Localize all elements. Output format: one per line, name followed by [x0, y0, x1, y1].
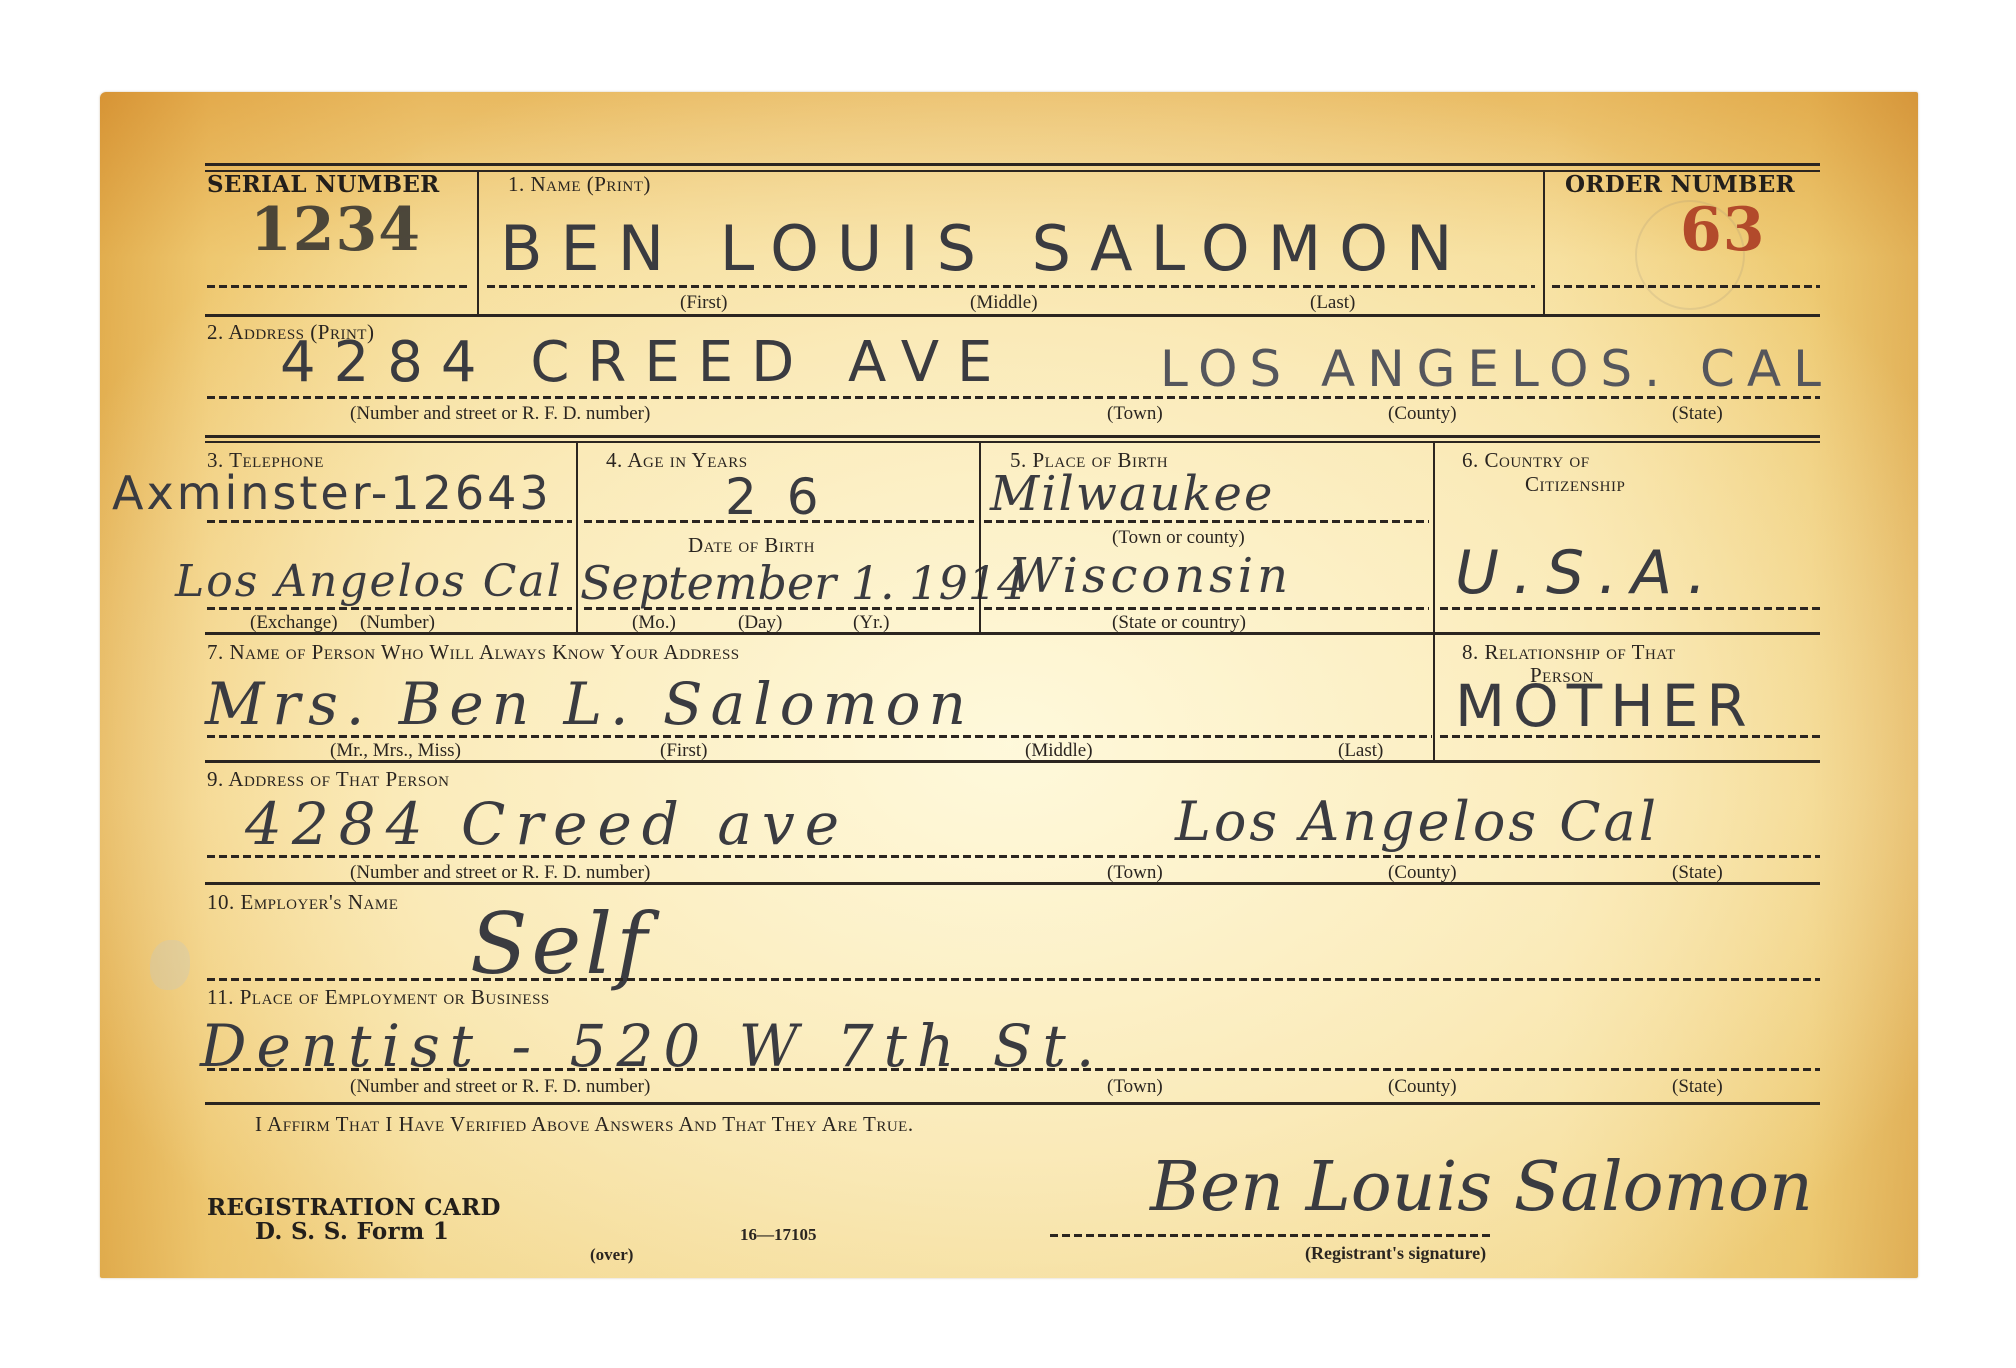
row5-bottom-rule [205, 882, 1820, 885]
employment-place-label: 11. Place of Employment or Business [207, 985, 550, 1010]
employment-caption-street: (Number and street or R. F. D. number) [350, 1076, 650, 1098]
telephone-caption-number: (Number) [360, 612, 435, 634]
citizenship-value: U.S.A. [1455, 538, 1720, 608]
form-name: REGISTRATION CARD [207, 1194, 501, 1221]
contact-address-dash-line [207, 855, 1820, 858]
telephone-divider [576, 443, 578, 633]
age-dash-line [584, 520, 974, 523]
order-number-label: ORDER NUMBER [1565, 171, 1795, 198]
address-dash-line [207, 396, 1820, 399]
order-dash-line [1552, 285, 1820, 288]
form-id: D. S. S. Form 1 [255, 1218, 449, 1245]
address-town-value: LOS ANGELOS. CAL [1160, 340, 1833, 398]
row3-bottom-rule [205, 632, 1820, 635]
order-divider [1543, 170, 1545, 315]
over-label: (over) [590, 1245, 633, 1265]
contact-caption-last: (Last) [1338, 740, 1383, 762]
birthplace-dash-line-1 [984, 520, 1429, 523]
contact-address-town-value: Los Angelos Cal [1175, 790, 1659, 853]
order-number-value: 63 [1680, 195, 1766, 265]
birthplace-state-value: Wisconsin [1010, 548, 1292, 604]
contact-address-caption-street: (Number and street or R. F. D. number) [350, 862, 650, 884]
serial-divider [477, 170, 479, 315]
relationship-label-line1: 8. Relationship of That [1462, 640, 1676, 665]
address-caption-street: (Number and street or R. F. D. number) [350, 403, 650, 425]
employment-caption-state: (State) [1672, 1076, 1723, 1098]
relationship-divider [1433, 634, 1435, 760]
row2-bottom-rule-2 [205, 441, 1820, 443]
name-label: 1. Name (Print) [508, 172, 651, 197]
contact-caption-title: (Mr., Mrs., Miss) [330, 740, 461, 762]
employment-caption-county: (County) [1388, 1076, 1457, 1098]
signature-dash-line [1050, 1234, 1490, 1237]
faint-leaf-mark [150, 940, 190, 990]
employer-label: 10. Employer's Name [207, 890, 398, 915]
name-value: BEN LOUIS SALOMON [500, 212, 1470, 285]
relationship-value: MOTHER [1455, 672, 1755, 740]
top-rule [205, 163, 1820, 166]
telephone-exchange-value: Los Angelos Cal [175, 556, 563, 607]
birthplace-dash-line-2 [984, 607, 1429, 610]
address-caption-state: (State) [1672, 403, 1723, 425]
serial-number-value: 1234 [250, 195, 421, 265]
dob-caption-year: (Yr.) [853, 612, 889, 634]
dob-dash-line [584, 607, 974, 610]
print-code: 16—17105 [740, 1225, 817, 1245]
serial-number-label: SERIAL NUMBER [207, 171, 440, 198]
contact-person-dash-line [207, 735, 1432, 738]
birthplace-town-value: Milwaukee [990, 466, 1274, 522]
dob-caption-month: (Mo.) [632, 612, 676, 634]
contact-address-caption-state: (State) [1672, 862, 1723, 884]
registrant-signature: Ben Louis Salomon [1150, 1148, 1813, 1227]
signature-caption: (Registrant's signature) [1305, 1243, 1486, 1264]
contact-caption-first: (First) [660, 740, 708, 762]
age-divider [979, 443, 981, 633]
contact-caption-middle: (Middle) [1025, 740, 1093, 762]
contact-address-label: 9. Address of That Person [207, 767, 449, 792]
row7-bottom-rule [205, 1102, 1820, 1105]
address-street-value: 4284 CREED AVE [280, 330, 1010, 395]
contact-address-street-value: 4284 Creed ave [245, 790, 849, 858]
contact-person-value: Mrs. Ben L. Salomon [205, 670, 974, 738]
contact-address-caption-county: (County) [1388, 862, 1457, 884]
telephone-caption-exchange: (Exchange) [250, 612, 338, 634]
citizenship-label-line2: Citizenship [1525, 472, 1625, 497]
row4-bottom-rule [205, 760, 1820, 763]
row1-bottom-rule [205, 314, 1820, 317]
telephone-dash-line-2 [207, 607, 572, 610]
employment-caption-town: (Town) [1107, 1076, 1163, 1098]
contact-person-label: 7. Name of Person Who Will Always Know Y… [207, 640, 740, 665]
relationship-dash-line [1440, 735, 1820, 738]
name-dash-line [487, 285, 1535, 288]
date-of-birth-label: Date of Birth [688, 533, 815, 558]
affirmation-text: I Affirm That I Have Verified Above Answ… [255, 1112, 914, 1137]
row2-bottom-rule [205, 435, 1820, 438]
address-caption-county: (County) [1388, 403, 1457, 425]
employer-dash-line [207, 978, 1820, 981]
citizenship-label-line1: 6. Country of [1462, 448, 1590, 473]
birthplace-caption-town: (Town or county) [1112, 527, 1245, 549]
date-of-birth-value: September 1. 1914 [580, 556, 1026, 610]
age-value: 26 [725, 468, 849, 526]
serial-dash-line [207, 285, 469, 288]
contact-address-caption-town: (Town) [1107, 862, 1163, 884]
citizenship-dash-line [1440, 607, 1820, 610]
telephone-number-value: Axminster-12643 [112, 466, 552, 520]
employment-place-dash-line [207, 1068, 1820, 1071]
name-caption-first: (First) [680, 292, 728, 314]
dob-caption-day: (Day) [738, 612, 782, 634]
birthplace-caption-state: (State or country) [1112, 612, 1246, 634]
address-caption-town: (Town) [1107, 403, 1163, 425]
name-caption-last: (Last) [1310, 292, 1355, 314]
birthplace-divider [1433, 443, 1435, 633]
name-caption-middle: (Middle) [970, 292, 1038, 314]
telephone-dash-line-1 [207, 520, 572, 523]
